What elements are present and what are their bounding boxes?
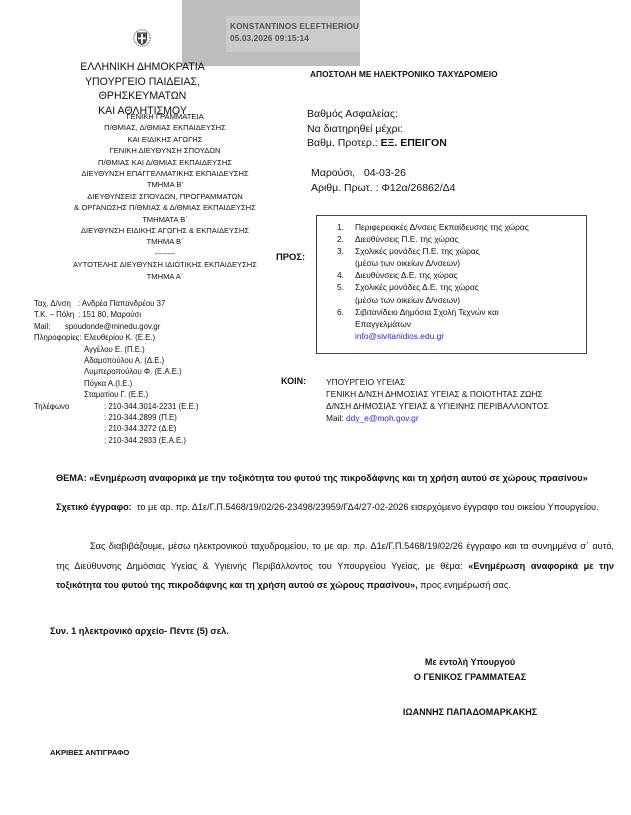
ministry-header: ΕΛΛΗΝΙΚΗ ΔΗΜΟΚΡΑΤΙΑ ΥΠΟΥΡΓΕΙΟ ΠΑΙΔΕΙΑΣ, …	[40, 60, 245, 118]
cc-mail-link[interactable]: ddy_e@moh.gov.gr	[346, 413, 419, 423]
recipient-item: (μέσω των οικείων Δ/νσεων)	[337, 294, 529, 306]
mail-value[interactable]: spoudonde@minedu.gov.gr	[65, 321, 160, 332]
recipient-item: (μέσω των οικείων Δ/νσεων)	[337, 257, 529, 269]
greek-coat-of-arms-icon	[133, 29, 151, 47]
phone-number: : 210-344.2899 (Π.Ε)	[104, 412, 177, 423]
contact-info: Ταχ. Δ/νση: Ανδρέα Παπανδρέου 37 Τ.Κ. – …	[34, 298, 199, 446]
priority-label: Βαθμ. Προτερ.:	[307, 137, 378, 149]
info-person: Σταματίου Γ. (Ε.Ε.)	[84, 389, 148, 400]
recipient-number: 2.	[337, 233, 355, 245]
attachments-note: Συν. 1 ηλεκτρονικό αρχείο- Πέντε (5) σελ…	[50, 624, 608, 639]
recipient-text: (μέσω των οικείων Δ/νσεων)	[355, 294, 460, 306]
cc-line: ΥΠΟΥΡΓΕΙΟ ΥΓΕΙΑΣ	[326, 376, 549, 388]
organization-line: --------	[40, 248, 290, 259]
cc-block: ΥΠΟΥΡΓΕΙΟ ΥΓΕΙΑΣ ΓΕΝΙΚΗ Δ/ΝΣΗ ΔΗΜΟΣΙΑΣ Υ…	[326, 376, 549, 424]
recipients-list: 1.Περιφερειακές Δ/νσεις Εκπαίδευσης της …	[337, 221, 529, 342]
city-label: Τ.Κ. – Πόλη	[34, 309, 78, 320]
info-person: Αγγέλου Ε. (Π.Ε.)	[84, 344, 145, 355]
mail-label: Mail:	[34, 321, 65, 332]
organization-line: ΓΕΝΙΚΗ ΓΡΑΜΜΑΤΕΙΑ	[40, 111, 290, 122]
recipient-text: Περιφερειακές Δ/νσεις Εκπαίδευσης της χώ…	[355, 221, 529, 233]
subject: ΘΕΜΑ: «Ενημέρωση αναφορικά με την τοξικό…	[56, 471, 614, 486]
phone-number: : 210-344.3014-2231 (Ε.Ε.)	[104, 401, 199, 412]
recipient-number	[337, 257, 355, 269]
organization-line: ΔΙΕΥΘΥΝΣΕΙΣ ΣΠΟΥΔΩΝ, ΠΡΟΓΡΑΜΜΑΤΩΝ	[40, 191, 290, 202]
signature-line-2: Ο ΓΕΝΙΚΟΣ ΓΡΑΜΜΑΤΕΑΣ	[360, 672, 580, 682]
organization-line: ΔΙΕΥΘΥΝΣΗ ΕΠΑΓΓΕΛΜΑΤΙΚΗΣ ΕΚΠΑΙΔΕΥΣΗΣ	[40, 168, 290, 179]
subject-label: ΘΕΜΑ:	[56, 473, 87, 483]
recipient-item: 6.Σιβιτανίδειο Δημόσια Σχολή Τεχνών και	[337, 306, 529, 318]
recipient-number: 1.	[337, 221, 355, 233]
related-document: Σχετικό έγγραφο: το με αρ. πρ. Δ1ε/Γ.Π.5…	[56, 500, 614, 515]
phone-number: : 210-344.2933 (Ε.Α.Ε.)	[104, 435, 186, 446]
recipient-number: 6.	[337, 306, 355, 318]
organization-line: ΓΕΝΙΚΗ ΔΙΕΥΘΥΝΣΗ ΣΠΟΥΔΩΝ	[40, 145, 290, 156]
organization-line: & ΟΡΓΑΝΩΣΗΣ Π/ΘΜΙΑΣ & Δ/ΘΜΙΑΣ ΕΚΠΑΙΔΕΥΣΗ…	[40, 202, 290, 213]
recipient-text: Σιβιτανίδειο Δημόσια Σχολή Τεχνών και	[355, 306, 499, 318]
organization-line: Π/ΘΜΙΑΣ, Δ/ΘΜΙΑΣ ΕΚΠΑΙΔΕΥΣΗΣ	[40, 122, 290, 133]
recipient-email-link[interactable]: info@sivitanidios.edu.gr	[355, 330, 444, 342]
delivery-method: ΑΠΟΣΤΟΛΗ ΜΕ ΗΛΕΚΤΡΟΝΙΚΟ ΤΑΧΥΔΡΟΜΕΙΟ	[310, 69, 498, 79]
cc-line: Δ/ΝΣΗ ΔΗΜΟΣΙΑΣ ΥΓΕΙΑΣ & ΥΓΙΕΙΝΗΣ ΠΕΡΙΒΑΛ…	[326, 400, 549, 412]
cc-line: ΓΕΝΙΚΗ Δ/ΝΣΗ ΔΗΜΟΣΙΑΣ ΥΓΕΙΑΣ & ΠΟΙΟΤΗΤΑΣ…	[326, 388, 549, 400]
header-line: ΕΛΛΗΝΙΚΗ ΔΗΜΟΚΡΑΤΙΑ	[40, 60, 245, 75]
recipient-text: Σχολικές μονάδες Δ.Ε. της χώρας	[355, 281, 479, 293]
recipient-item: 3.Σχολικές μονάδες Π.Ε. της χώρας	[337, 245, 529, 257]
body-outro: προς ενημέρωσή σας.	[418, 580, 511, 590]
recipient-text: (μέσω των οικείων Δ/νσεων)	[355, 257, 460, 269]
info-person: Λυμπεροπούλου Φ. (Ε.Α.Ε.)	[84, 366, 182, 377]
recipient-number: 3.	[337, 245, 355, 257]
signature-line-1: Με εντολή Υπουργού	[360, 657, 580, 667]
recipient-text: Διευθύνσεις Δ.Ε. της χώρας	[355, 269, 458, 281]
organization-line: ΤΜΗΜΑΤΑ Β΄	[40, 214, 290, 225]
info-person: Ελευθερίου Κ. (Ε.Ε.)	[84, 332, 155, 343]
recipients-box: 1.Περιφερειακές Δ/νσεις Εκπαίδευσης της …	[316, 215, 587, 354]
organization-block: ΓΕΝΙΚΗ ΓΡΑΜΜΑΤΕΙΑΠ/ΘΜΙΑΣ, Δ/ΘΜΙΑΣ ΕΚΠΑΙΔ…	[40, 111, 290, 282]
recipient-item: 2.Διευθύνσεις Π.Ε. της χώρας	[337, 233, 529, 245]
recipient-item: Επαγγελμάτων	[337, 318, 529, 330]
protocol-label: Αριθμ. Πρωτ. :	[311, 182, 379, 194]
recipient-text: Σχολικές μονάδες Π.Ε. της χώρας	[355, 245, 480, 257]
organization-line: ΤΜΗΜΑ Β’	[40, 179, 290, 190]
protocol-number: Φ12α/26862/Δ4	[381, 182, 455, 194]
address-value: : Ανδρέα Παπανδρέου 37	[78, 298, 165, 309]
organization-line: ΤΜΗΜΑ Α΄	[40, 271, 290, 282]
recipient-item: 5.Σχολικές μονάδες Δ.Ε. της χώρας	[337, 281, 529, 293]
signature-stamp-panel: KONSTANTINOS ELEFTHERIOU 05.03.2026 09:1…	[226, 16, 360, 52]
recipient-number	[337, 318, 355, 330]
phone-number: : 210-344.3272 (Δ.Ε)	[104, 423, 176, 434]
signatory-name: ΙΩΑΝΝΗΣ ΠΑΠΑΔΟΜΑΡΚΑΚΗΣ	[360, 707, 580, 717]
recipient-item: 4.Διευθύνσεις Δ.Ε. της χώρας	[337, 269, 529, 281]
signature-datetime: 05.03.2026 09:15:14	[230, 32, 359, 44]
priority-value: ΕΞ. ΕΠΕΙΓΟΝ	[381, 137, 447, 149]
security-level-label: Βαθμός Ασφαλείας:	[307, 107, 447, 122]
classification-block: Βαθμός Ασφαλείας: Να διατηρηθεί μέχρι: Β…	[307, 107, 447, 151]
body-paragraph: Σας διαβιβάζουμε, μέσω ηλεκτρονικού ταχυ…	[56, 537, 614, 596]
organization-line: ΔΙΕΥΘΥΝΣΗ ΕΙΔΙΚΗΣ ΑΓΩΓΗΣ & ΕΚΠΑΙΔΕΥΣΗΣ	[40, 225, 290, 236]
retain-until-label: Να διατηρηθεί μέχρι:	[307, 122, 447, 137]
certified-copy-mark: ΑΚΡΙΒΕΣ ΑΝΤΙΓΡΑΦΟ	[50, 748, 129, 757]
subject-text: «Ενημέρωση αναφορικά με την τοξικότητα τ…	[89, 473, 588, 483]
related-text: το με αρ. πρ. Δ1ε/Γ.Π.5468/19/02/26-2349…	[137, 502, 599, 512]
recipient-text: Διευθύνσεις Π.Ε. της χώρας	[355, 233, 459, 245]
recipient-item: 1.Περιφερειακές Δ/νσεις Εκπαίδευσης της …	[337, 221, 529, 233]
organization-line: ΚΑΙ ΕΙΔΙΚΗΣ ΑΓΩΓΗΣ	[40, 134, 290, 145]
related-label: Σχετικό έγγραφο:	[56, 502, 132, 512]
info-person: Αδαμοπούλου Α. (Δ.Ε.)	[84, 355, 164, 366]
recipient-number	[337, 294, 355, 306]
organization-line: ΑΥΤΟΤΕΛΗΣ ΔΙΕΥΘΥΝΣΗ ΙΔΙΩΤΙΚΗΣ ΕΚΠΑΙΔΕΥΣΗ…	[40, 259, 290, 270]
place-date-block: Μαρούσι, 04-03-26 Αριθμ. Πρωτ. : Φ12α/26…	[311, 166, 455, 195]
recipient-text: Επαγγελμάτων	[355, 318, 411, 330]
recipient-number: 4.	[337, 269, 355, 281]
recipient-number: 5.	[337, 281, 355, 293]
cc-mail-label: Mail:	[326, 413, 344, 423]
header-line: ΥΠΟΥΡΓΕΙΟ ΠΑΙΔΕΙΑΣ, ΘΡΗΣΚΕΥΜΑΤΩΝ	[40, 75, 245, 104]
info-label: Πληροφορίες:	[34, 332, 84, 343]
organization-line: ΤΜΗΜΑ Β΄	[40, 236, 290, 247]
signer-name: KONSTANTINOS ELEFTHERIOU	[230, 20, 359, 32]
city-value: : 151 80, Μαρούσι	[78, 309, 141, 320]
digital-signature-stamp: KONSTANTINOS ELEFTHERIOU 05.03.2026 09:1…	[182, 0, 360, 66]
cc-label: ΚΟΙΝ:	[281, 376, 306, 386]
place: Μαρούσι,	[311, 167, 355, 179]
document-date: 04-03-26	[364, 167, 406, 179]
recipients-label: ΠΡΟΣ:	[276, 251, 305, 262]
address-label: Ταχ. Δ/νση	[34, 298, 78, 309]
organization-line: Π/ΘΜΙΑΣ ΚΑΙ Δ/ΘΜΙΑΣ ΕΚΠΑΙΔΕΥΣΗΣ	[40, 157, 290, 168]
phone-label: Τηλέφωνο	[34, 401, 104, 412]
info-person: Πόγκα Α.(Ι.Ε.)	[84, 378, 132, 389]
